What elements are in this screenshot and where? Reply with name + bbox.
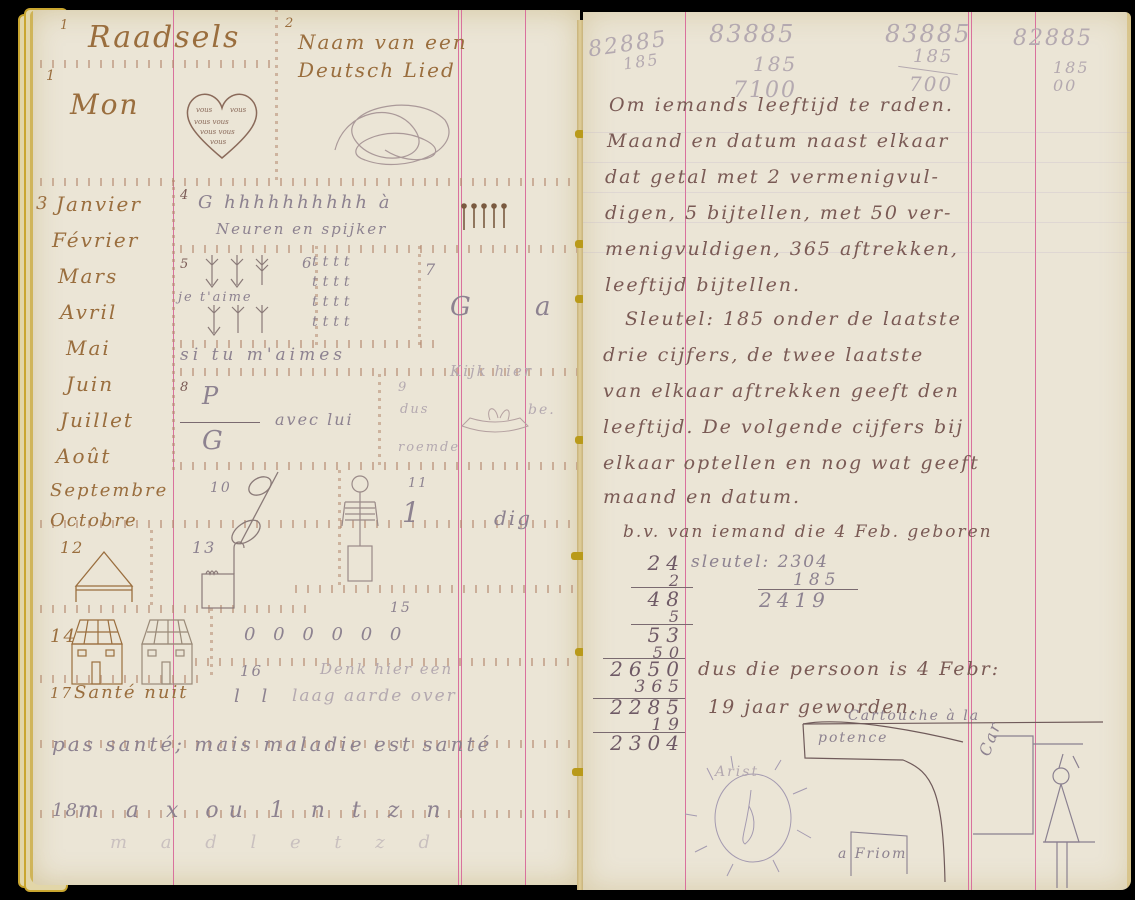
paragraph-line: dat getal met 2 vermenigvul-: [605, 166, 940, 188]
puzzle-number: 9: [398, 380, 408, 395]
crook-drawing: [200, 540, 270, 610]
boat-drawing: [460, 398, 530, 438]
puzzle-number: 11: [408, 476, 429, 491]
notebook-spread: 1 Raadsels 1 Mon vous vous vous vous vou…: [0, 0, 1135, 900]
svg-text:vous vous: vous vous: [194, 118, 229, 126]
svg-text:vous: vous: [210, 138, 227, 146]
divider: [175, 245, 580, 253]
puzzle-9-mid: dus: [400, 402, 429, 417]
puzzle-15-text: 0 0 0 0 0 0: [244, 624, 407, 645]
doodle-label: a Friom: [838, 846, 907, 862]
puzzle-18-faint: m a d l e t z d: [110, 832, 444, 853]
pencil-sum: 00: [1053, 76, 1077, 95]
puzzle-11-text: 1: [402, 496, 422, 529]
puzzle-8-text: avec lui: [275, 410, 354, 429]
month-juin: Juin: [66, 372, 114, 396]
puzzle-9-top: Kijk hier: [450, 362, 533, 380]
ruled-line: [583, 162, 1131, 163]
month-fevrier: Février: [52, 228, 139, 252]
puzzle-4-top: G hhhhhhhhhh à: [198, 192, 392, 213]
ruled-line: [583, 192, 1131, 193]
divider: [35, 178, 580, 186]
doodle-label: Arist: [715, 764, 759, 780]
puzzle-number: 18: [52, 800, 79, 821]
svg-text:vous vous: vous vous: [200, 128, 235, 136]
margin-line: [525, 10, 526, 885]
puzzle-16-letters: l l: [234, 686, 275, 707]
puzzle-number: 15: [390, 600, 412, 616]
paragraph-line: leeftijd. De volgende cijfers bij: [603, 416, 964, 438]
right-page: 82885 185 83885 185 7100 83885 185 700 8…: [583, 12, 1131, 890]
title-number: 1: [60, 18, 70, 33]
puzzle-11-text2: dig: [494, 506, 532, 530]
paragraph-line: maand en datum.: [603, 486, 801, 508]
puzzle-9-right: be.: [528, 402, 556, 418]
pencil-sum: 185: [913, 46, 953, 67]
puzzle-4-bottom: Neuren en spijker: [216, 220, 387, 238]
page-title: Raadsels: [88, 20, 240, 55]
page-edge: [1127, 12, 1131, 890]
month-mars: Mars: [58, 264, 118, 288]
puzzle-6-row: tttt: [312, 294, 355, 310]
calc-step: 2304: [593, 732, 685, 754]
paragraph-line: b.v. van iemand die 4 Feb. geboren: [623, 522, 993, 542]
puzzle-16-top: Denk hier een: [320, 660, 453, 678]
divider: [172, 180, 175, 470]
scribble-drawing: [325, 90, 465, 180]
pencil-sum: 700: [909, 72, 953, 96]
fraction-bar: [180, 422, 260, 423]
divider: [35, 60, 275, 68]
fraction-bottom: G: [202, 426, 225, 456]
divider: [275, 10, 278, 180]
pencil-sum: 185: [622, 50, 661, 74]
pencil-sum: 185: [1053, 58, 1090, 77]
paragraph-line: van elkaar aftrekken geeft den: [603, 380, 960, 402]
paragraph-line: digen, 5 bijtellen, met 50 ver-: [605, 202, 952, 224]
puzzle-18-text: m a x ou 1 n t z n: [78, 798, 451, 823]
month-avril: Avril: [60, 300, 117, 324]
key-sub: 185: [793, 570, 840, 590]
puzzle-5-text: je t'aime: [178, 290, 253, 305]
divider: [150, 525, 153, 605]
puzzle-number: 17: [50, 684, 73, 702]
tent-drawing: [74, 550, 134, 605]
puzzle-1-text: Mon: [70, 88, 140, 121]
puzzle-number: 1: [46, 68, 57, 84]
puzzle-6-row: tttt: [312, 254, 355, 270]
month-octobre: Octobre: [50, 510, 138, 531]
puzzle-number: 3: [36, 193, 49, 214]
paragraph-line: menigvuldigen, 365 aftrekken,: [605, 238, 959, 260]
puzzle-number: 8: [180, 380, 190, 395]
divider: [418, 245, 421, 345]
heart-drawing: vous vous vous vous vous vous vous: [182, 88, 262, 168]
month-septembre: Septembre: [50, 480, 168, 501]
fraction-top: P: [202, 382, 220, 410]
nails-drawing: [460, 200, 510, 240]
pencil-sum: 185: [753, 52, 797, 76]
sun-face-drawing: [693, 760, 833, 880]
paragraph-line: drie cijfers, de twee laatste: [603, 344, 924, 366]
svg-text:vous: vous: [196, 106, 213, 114]
month-juillet: Juillet: [60, 408, 134, 432]
puzzle-7-text: G a: [450, 292, 579, 322]
page-edge: [30, 10, 33, 885]
pencil-sum: 83885: [709, 20, 795, 48]
puzzle-6-row: tttt: [312, 274, 355, 290]
conclusion-line: dus die persoon is 4 Febr:: [698, 658, 1000, 680]
puzzle-number: 5: [180, 257, 190, 272]
key-result: 2419: [759, 588, 830, 612]
svg-text:vous: vous: [230, 106, 247, 114]
pencil-sum: 83885: [885, 20, 971, 48]
puzzle-17-continued: pas santé; mais maladie est santé: [52, 732, 492, 756]
puzzle-number: 4: [180, 188, 190, 203]
puzzle-9-bottom: roemde: [398, 440, 460, 455]
divider: [378, 370, 381, 465]
month-mai: Mai: [66, 336, 111, 360]
puzzle-17-text: Santé nuit: [74, 682, 188, 703]
puzzle-number: 2: [285, 16, 295, 31]
paragraph-line: Om iemands leeftijd te raden.: [609, 94, 954, 116]
divider: [290, 585, 580, 593]
month-aout: Août: [56, 444, 111, 468]
puzzle-2-text: Naam van een Deutsch Lied: [298, 28, 558, 84]
left-page: 1 Raadsels 1 Mon vous vous vous vous vou…: [30, 10, 580, 885]
puzzle-number: 7: [425, 260, 437, 279]
month-janvier: Janvier: [56, 192, 142, 216]
houses-drawing: [72, 620, 222, 690]
pencil-sum: 82885: [1013, 26, 1093, 51]
paragraph-line: leeftijd bijtellen.: [605, 274, 801, 296]
paragraph-line: elkaar optellen en nog wat geeft: [603, 452, 980, 474]
paragraph-line: Maand en datum naast elkaar: [607, 130, 949, 152]
puzzle-si-tu-maimes: si tu m'aimes: [180, 345, 346, 365]
puzzle-6-row: tttt: [312, 314, 355, 330]
key-label: sleutel: 2304: [691, 552, 829, 572]
skeleton-drawing: [330, 476, 390, 586]
paragraph-line: Sleutel: 185 onder de laatste: [625, 308, 962, 330]
puzzle-number: 10: [210, 480, 232, 496]
divider: [35, 605, 315, 613]
puzzle-16-bottom: laag aarde over: [292, 686, 457, 706]
puzzle-number: 16: [240, 662, 263, 680]
